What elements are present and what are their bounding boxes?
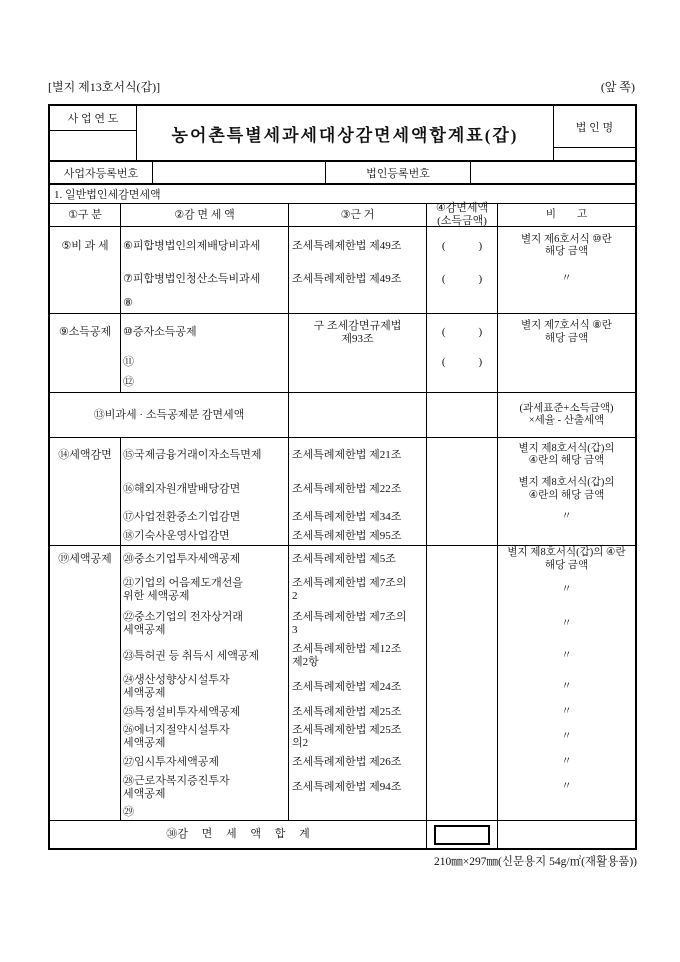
amount-field[interactable]: ( ) (427, 351, 498, 373)
table-row: ⑨소득공제 ⑩증자소득공제 구 조세감면규제법 제93조 ( ) 별지 제7호서… (50, 313, 635, 351)
amount-field[interactable] (427, 546, 498, 573)
page-side-label: (앞 쪽) (601, 78, 635, 95)
table-row: ㉔생산성향상시설투자 세액공제 조세특례제한법 제24조 〃 (50, 671, 635, 703)
amount-field[interactable] (427, 438, 498, 472)
item-cell: ⑧ (121, 293, 289, 313)
basis-cell: 조세특례제한법 제22조 (289, 472, 427, 507)
col-header-reduced-tax: ②감 면 세 액 (121, 204, 289, 226)
item-cell: ⑳중소기업투자세액공제 (121, 546, 289, 573)
basis-cell: 조세특례제한법 제95조 (289, 527, 427, 545)
item-cell: ㉓특허권 등 취득시 세액공제 (121, 641, 289, 671)
item-cell: ⑫ (121, 373, 289, 392)
item-cell: ㉖에너지절약시설투자 세액공제 (121, 721, 289, 753)
total-amount-box[interactable] (434, 825, 490, 845)
remark-cell: 별지 제8호서식(갑)의 ④란 해당 금액 (498, 546, 635, 573)
remark-cell: 〃 (498, 671, 635, 703)
basis-cell: 조세특례제한법 제5조 (289, 546, 427, 573)
business-year-column: 사 업 연 도 (50, 106, 137, 160)
corp-name-label: 법 인 명 (554, 106, 635, 148)
table-row: ⑤비 과 세 ⑥피합병법인의제배당비과세 조세특례제한법 제49조 ( ) 별지… (50, 227, 635, 265)
biz-reg-no-value[interactable] (153, 162, 326, 183)
remark-cell: 〃 (498, 265, 635, 293)
item-cell: ⑯해외자원개발배당감면 (121, 472, 289, 507)
category-cell (50, 771, 121, 804)
item-cell: ㉒중소기업의 전자상거래 세액공제 (121, 607, 289, 641)
basis-cell: 조세특례제한법 제12조 제2항 (289, 641, 427, 671)
form-page: [별지 제13호서식(갑)] (앞 쪽) 사 업 연 도 농어촌특별세과세대상감… (0, 0, 680, 962)
basis-cell: 조세특례제한법 제94조 (289, 771, 427, 804)
basis-cell: 조세특례제한법 제7조의 3 (289, 607, 427, 641)
amount-field[interactable] (427, 573, 498, 607)
basis-cell: 조세특례제한법 제25조 의2 (289, 721, 427, 753)
table-row: ⑱기숙사운영사업감면 조세특례제한법 제95조 (50, 527, 635, 545)
basis-cell: 조세특례제한법 제21조 (289, 438, 427, 472)
item-cell: ⑪ (121, 351, 289, 373)
corp-name-column: 법 인 명 (554, 106, 635, 160)
basis-cell: 조세특례제한법 제24조 (289, 671, 427, 703)
registration-row: 사업자등록번호 법인등록번호 (48, 160, 637, 185)
table-row: ⑭세액감면 ⑮국제금융거래이자소득면제 조세특례제한법 제21조 별지 제8호서… (50, 437, 635, 472)
category-cell (50, 804, 121, 820)
total-remark-cell (498, 821, 635, 848)
amount-field[interactable] (427, 527, 498, 545)
amount-field[interactable]: ( ) (427, 265, 498, 293)
amount-field[interactable] (427, 771, 498, 804)
remark-cell (498, 293, 635, 313)
item-cell: ⑱기숙사운영사업감면 (121, 527, 289, 545)
table-row: ⑰사업전환중소기업감면 조세특례제한법 제34조 〃 (50, 507, 635, 527)
main-table: 1. 일반법인세감면세액 ①구 분 ②감 면 세 액 ③근 거 ④감면세액 (소… (48, 183, 637, 850)
remark-cell: 〃 (498, 507, 635, 527)
item-cell: ㉗임시투자세액공제 (121, 753, 289, 771)
amount-field[interactable] (427, 703, 498, 721)
table-row: ㉒중소기업의 전자상거래 세액공제 조세특례제한법 제7조의 3 〃 (50, 607, 635, 641)
remark-cell: 〃 (498, 641, 635, 671)
basis-cell (289, 393, 427, 437)
basis-cell: 구 조세감면규제법 제93조 (289, 314, 427, 351)
col-header-remarks: 비 고 (498, 204, 635, 226)
remark-cell: 별지 제8호서식(갑)의 ④란의 해당 금액 (498, 438, 635, 472)
table-row-subtotal: ⑬비과세 · 소득공제분 감면세액 (과세표준+소득금액) ×세율 - 산출세액 (50, 392, 635, 437)
business-year-value[interactable] (50, 131, 136, 160)
category-cell (50, 507, 121, 527)
table-row: ⑧ (50, 293, 635, 313)
category-cell (50, 293, 121, 313)
item-cell: ㉙ (121, 804, 289, 820)
table-row: ⑯해외자원개발배당감면 조세특례제한법 제22조 별지 제8호서식(갑)의 ④란… (50, 472, 635, 507)
category-cell (50, 573, 121, 607)
remark-cell: 별지 제6호서식 ⑩란 해당 금액 (498, 227, 635, 265)
table-header-row: ①구 분 ②감 면 세 액 ③근 거 ④감면세액 (소득금액) 비 고 (50, 204, 635, 227)
form-header-table: 사 업 연 도 농어촌특별세과세대상감면세액합계표(갑) 법 인 명 (48, 104, 637, 162)
col-header-amount: ④감면세액 (소득금액) (427, 204, 498, 226)
amount-field[interactable]: ( ) (427, 314, 498, 351)
table-row: ⑪ ( ) (50, 351, 635, 373)
amount-field[interactable] (427, 671, 498, 703)
basis-cell: 조세특례제한법 제7조의 2 (289, 573, 427, 607)
item-cell: ㉑기업의 어음제도개선을 위한 세액공제 (121, 573, 289, 607)
remark-cell: 별지 제8호서식(갑)의 ④란의 해당 금액 (498, 472, 635, 507)
remark-cell: 〃 (498, 753, 635, 771)
table-row: ⑦피합병법인청산소득비과세 조세특례제한법 제49조 ( ) 〃 (50, 265, 635, 293)
table-row: ㉗임시투자세액공제 조세특례제한법 제26조 〃 (50, 753, 635, 771)
item-cell: ⑩증자소득공제 (121, 314, 289, 351)
table-row: ㉖에너지절약시설투자 세액공제 조세특례제한법 제25조 의2 〃 (50, 721, 635, 753)
form-title: 농어촌특별세과세대상감면세액합계표(갑) (137, 106, 554, 160)
basis-cell: 조세특례제한법 제49조 (289, 227, 427, 265)
basis-cell: 조세특례제한법 제25조 (289, 703, 427, 721)
total-amount-cell (427, 821, 498, 848)
remark-cell (498, 527, 635, 545)
corp-reg-no-label: 법인등록번호 (326, 162, 471, 183)
section-title: 1. 일반법인세감면세액 (50, 185, 635, 204)
table-row: ⑫ (50, 373, 635, 392)
amount-field[interactable]: ( ) (427, 227, 498, 265)
table-row: ㉕특정설비투자세액공제 조세특례제한법 제25조 〃 (50, 703, 635, 721)
paper-spec-note: 210㎜×297㎜(신문용지 54g/㎡(재활용품)) (434, 853, 637, 869)
total-row: ㉚감 면 세 액 합 계 (50, 820, 635, 848)
remark-cell: 〃 (498, 721, 635, 753)
remark-cell (498, 351, 635, 373)
amount-field[interactable] (427, 607, 498, 641)
basis-cell (289, 351, 427, 373)
basis-cell: 조세특례제한법 제26조 (289, 753, 427, 771)
item-cell: ㉘근로자복지증진투자 세액공제 (121, 771, 289, 804)
item-cell: ㉕특정설비투자세액공제 (121, 703, 289, 721)
item-cell: ⑥피합병법인의제배당비과세 (121, 227, 289, 265)
remark-cell: (과세표준+소득금액) ×세율 - 산출세액 (498, 393, 635, 437)
col-header-category: ①구 분 (50, 204, 121, 226)
category-cell (50, 607, 121, 641)
top-annotations: [별지 제13호서식(갑)] (앞 쪽) (48, 78, 635, 95)
amount-field[interactable] (427, 721, 498, 753)
category-cell (50, 265, 121, 293)
category-cell: ⑲세액공제 (50, 546, 121, 573)
amount-field[interactable] (427, 393, 498, 437)
remark-cell: 별지 제7호서식 ⑧란 해당 금액 (498, 314, 635, 351)
remark-cell: 〃 (498, 607, 635, 641)
subtotal-label: ⑬비과세 · 소득공제분 감면세액 (50, 393, 289, 437)
basis-cell (289, 293, 427, 313)
category-cell (50, 373, 121, 392)
remark-cell: 〃 (498, 703, 635, 721)
amount-field[interactable] (427, 641, 498, 671)
amount-field[interactable] (427, 373, 498, 392)
item-cell: ⑰사업전환중소기업감면 (121, 507, 289, 527)
total-label: ㉚감 면 세 액 합 계 (50, 821, 427, 848)
biz-reg-no-label: 사업자등록번호 (50, 162, 153, 183)
basis-cell (289, 804, 427, 820)
category-cell: ⑭세액감면 (50, 438, 121, 472)
basis-cell: 조세특례제한법 제49조 (289, 265, 427, 293)
category-cell: ⑤비 과 세 (50, 227, 121, 265)
corp-name-value[interactable] (554, 148, 635, 160)
category-cell (50, 703, 121, 721)
category-cell (50, 472, 121, 507)
remark-cell: 〃 (498, 771, 635, 804)
col-header-basis: ③근 거 (289, 204, 427, 226)
form-code-label: [별지 제13호서식(갑)] (48, 78, 160, 95)
basis-cell (289, 373, 427, 392)
amount-field[interactable] (427, 293, 498, 313)
table-row: ⑲세액공제 ⑳중소기업투자세액공제 조세특례제한법 제5조 별지 제8호서식(갑… (50, 545, 635, 573)
amount-field[interactable] (427, 507, 498, 527)
category-cell (50, 641, 121, 671)
amount-field[interactable] (427, 472, 498, 507)
amount-field[interactable] (427, 804, 498, 820)
table-row: ㉑기업의 어음제도개선을 위한 세액공제 조세특례제한법 제7조의 2 〃 (50, 573, 635, 607)
remark-cell: 〃 (498, 573, 635, 607)
category-cell (50, 721, 121, 753)
remark-cell (498, 804, 635, 820)
table-row: ㉘근로자복지증진투자 세액공제 조세특례제한법 제94조 〃 (50, 771, 635, 804)
category-cell (50, 671, 121, 703)
category-cell (50, 351, 121, 373)
item-cell: ⑦피합병법인청산소득비과세 (121, 265, 289, 293)
category-cell (50, 527, 121, 545)
corp-reg-no-value[interactable] (471, 162, 635, 183)
amount-field[interactable] (427, 753, 498, 771)
basis-cell: 조세특례제한법 제34조 (289, 507, 427, 527)
item-cell: ㉔생산성향상시설투자 세액공제 (121, 671, 289, 703)
item-cell: ⑮국제금융거래이자소득면제 (121, 438, 289, 472)
category-cell: ⑨소득공제 (50, 314, 121, 351)
remark-cell (498, 373, 635, 392)
category-cell (50, 753, 121, 771)
table-row: ㉙ (50, 804, 635, 820)
table-row: ㉓특허권 등 취득시 세액공제 조세특례제한법 제12조 제2항 〃 (50, 641, 635, 671)
business-year-label: 사 업 연 도 (50, 106, 136, 131)
